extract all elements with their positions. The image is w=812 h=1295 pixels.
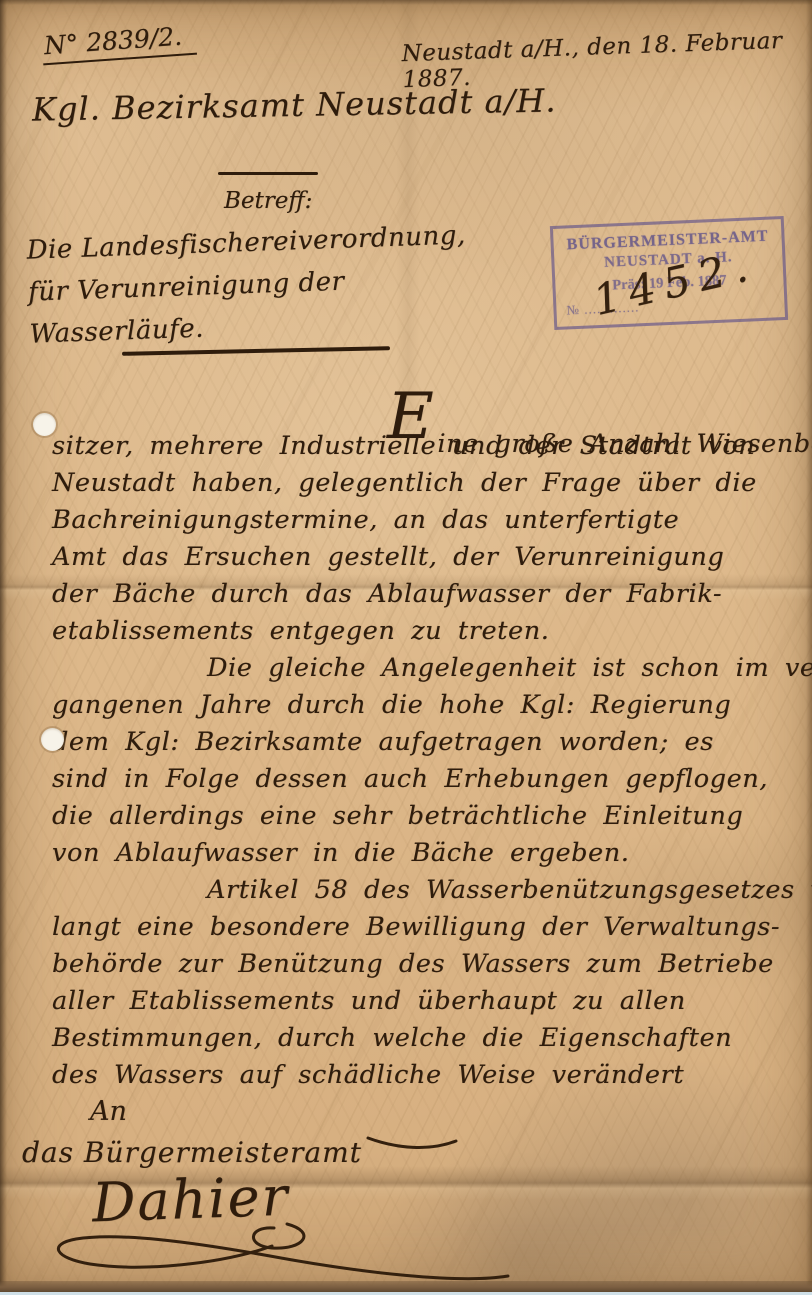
body-line: Artikel 58 des Wasserbenützungsgesetzes … [52, 875, 804, 912]
scan-edge-bottom [0, 1281, 812, 1292]
scanned-letter-page: N° 2839/2. Neustadt a/H., den 18. Februa… [0, 0, 812, 1295]
body-line: behörde zur Benützung des Wassers zum Be… [52, 949, 804, 986]
body-line: des Wassers auf schädliche Weise verände… [52, 1060, 804, 1097]
address-intro: An [90, 1096, 127, 1127]
letter-body: Eine große Anzahl Wiesenbe- sitzer, mehr… [52, 394, 804, 1097]
body-line: aller Etablissements und überhaupt zu al… [52, 986, 804, 1023]
body-line: etablissements entgegen zu treten. [52, 616, 804, 653]
address-flourish [364, 1134, 460, 1154]
body-line: von Ablaufwasser in die Bäche ergeben. [52, 838, 804, 875]
body-line: sind in Folge dessen auch Erhebungen gep… [52, 764, 804, 801]
body-line: Amt das Ersuchen gestellt, der Verunrein… [52, 542, 804, 579]
body-line: dem Kgl: Bezirksamte aufgetragen worden;… [52, 727, 804, 764]
body-line: der Bäche durch das Ablaufwasser der Fab… [52, 579, 804, 616]
sender-heading: Kgl. Bezirksamt Neustadt a/H. [32, 81, 557, 128]
body-line: gangenen Jahre durch die hohe Kgl: Regie… [52, 690, 804, 727]
body-line: die allerdings eine sehr beträchtliche E… [52, 801, 804, 838]
scan-edge-left [0, 0, 7, 1295]
body-line: Neustadt haben, gelegentlich der Frage ü… [52, 468, 804, 505]
body-line: Bestimmungen, durch welche die Eigenscha… [52, 1023, 804, 1060]
subject-block: Die Landesfischereiverordnung, für Verun… [26, 214, 469, 355]
drop-initial: E [387, 380, 434, 454]
address-recipient: das Bürgermeisteramt [22, 1134, 460, 1169]
reference-number: N° 2839/2. [41, 21, 197, 66]
body-line: Eine große Anzahl Wiesenbe- [52, 394, 804, 431]
punch-hole-bottom [41, 728, 64, 751]
scan-edge-top [0, 0, 812, 5]
heading-rule [218, 172, 318, 175]
punch-hole-top [33, 413, 56, 436]
body-line: Bachreinigungstermine, an das unterferti… [52, 505, 804, 542]
subject-label: Betreff: [224, 188, 312, 214]
scan-edge-right [806, 0, 812, 1295]
body-line: langt eine besondere Bewilligung der Ver… [52, 912, 804, 949]
body-line: Die gleiche Angelegenheit ist schon im v… [52, 653, 804, 690]
